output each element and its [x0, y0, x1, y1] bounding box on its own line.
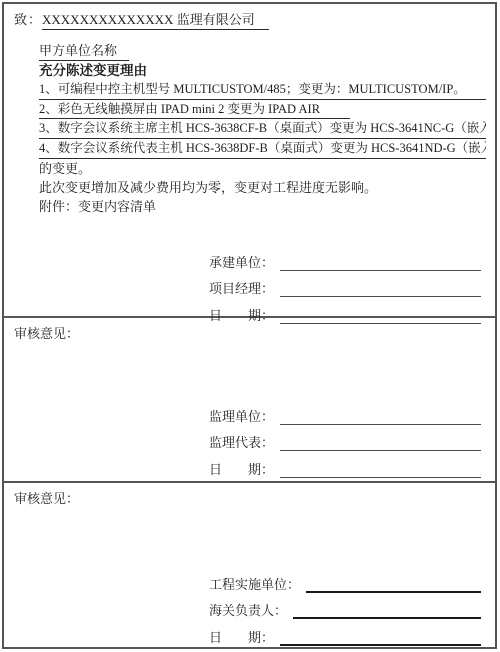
- section-change-statement: 致：XXXXXXXXXXXXXX 监理有限公司 甲方单位名称 充分陈述变更理由 …: [4, 4, 495, 318]
- change-item-2-line: 2、彩色无线触摸屏由 IPAD mini 2 变更为 IPAD AIR: [39, 100, 486, 119]
- signature-row-supervisor-rep: 监理代表：: [209, 425, 486, 452]
- customs-head-signature-line: [293, 602, 481, 619]
- signature-row-supervisor-unit: 监理单位：: [209, 398, 486, 425]
- date-signature-line-2: [280, 461, 481, 478]
- supervisor-rep-label: 监理代表：: [209, 434, 280, 451]
- signature-row-date-2: 日 期：: [209, 451, 486, 478]
- change-item-2: 2、彩色无线触摸屏由 IPAD mini 2 变更为 IPAD AIR: [39, 101, 350, 119]
- section-supervisor-review: 审核意见： 监理单位： 监理代表： 日 期：: [4, 318, 495, 483]
- signature-row-implementation-unit: 工程实施单位：: [209, 566, 486, 593]
- date-label-3: 日 期：: [209, 629, 280, 646]
- supervisor-unit-label: 监理单位：: [209, 408, 280, 425]
- supervisor-rep-signature-line: [280, 434, 481, 451]
- change-item-3: 3、数字会议系统主席主机 HCS-3638CF-B（桌面式）变更为 HCS-36…: [39, 119, 486, 139]
- review-opinion-label-2: 审核意见：: [14, 489, 486, 508]
- attachment-note: 附件：变更内容清单: [39, 197, 486, 216]
- review-opinion-label-1: 审核意见：: [14, 324, 486, 343]
- change-item-1: 1、可编程中控主机型号 MULTICUSTOM/485；变更为：MULTICUS…: [39, 80, 486, 100]
- date-label-2: 日 期：: [209, 461, 280, 478]
- contractor-unit-signature-line: [280, 254, 481, 271]
- date-signature-line-3: [280, 629, 481, 646]
- contractor-unit-label: 承建单位：: [209, 254, 280, 271]
- supervisor-sign-block: 监理单位： 监理代表： 日 期：: [209, 398, 486, 478]
- reason-heading: 充分陈述变更理由: [39, 61, 486, 80]
- signature-row-date-3: 日 期：: [209, 619, 486, 646]
- continuation-text: 的变更。: [39, 159, 486, 178]
- implementation-unit-label: 工程实施单位：: [209, 576, 306, 593]
- client-sign-block: 工程实施单位： 海关负责人： 日 期：: [209, 566, 486, 646]
- signature-row-contractor-unit: 承建单位：: [209, 244, 486, 271]
- project-manager-signature-line: [280, 280, 481, 297]
- section-client-review: 审核意见： 工程实施单位： 海关负责人： 日 期：: [4, 483, 495, 647]
- implementation-unit-signature-line: [306, 576, 481, 593]
- party-a-name: 甲方单位名称: [39, 43, 129, 61]
- party-a-line: 甲方单位名称: [39, 41, 486, 61]
- addressee-prefix: 致：: [14, 12, 42, 27]
- signature-row-project-manager: 项目经理：: [209, 271, 486, 298]
- project-manager-label: 项目经理：: [209, 280, 280, 297]
- supervisor-unit-signature-line: [280, 408, 481, 425]
- contractor-sign-block: 承建单位： 项目经理： 日 期：: [209, 244, 486, 324]
- addressee-line: 致：XXXXXXXXXXXXXX 监理有限公司: [14, 10, 486, 30]
- change-order-form: 致：XXXXXXXXXXXXXX 监理有限公司 甲方单位名称 充分陈述变更理由 …: [2, 2, 497, 649]
- cost-note: 此次变更增加及减少费用均为零，变更对工程进度无影响。: [39, 178, 486, 197]
- signature-row-customs-head: 海关负责人：: [209, 593, 486, 620]
- change-item-4: 4、数字会议系统代表主机 HCS-3638DF-B（桌面式）变更为 HCS-36…: [39, 139, 486, 159]
- addressee-company-name: XXXXXXXXXXXXXX 监理有限公司: [42, 12, 269, 30]
- customs-head-label: 海关负责人：: [209, 602, 293, 619]
